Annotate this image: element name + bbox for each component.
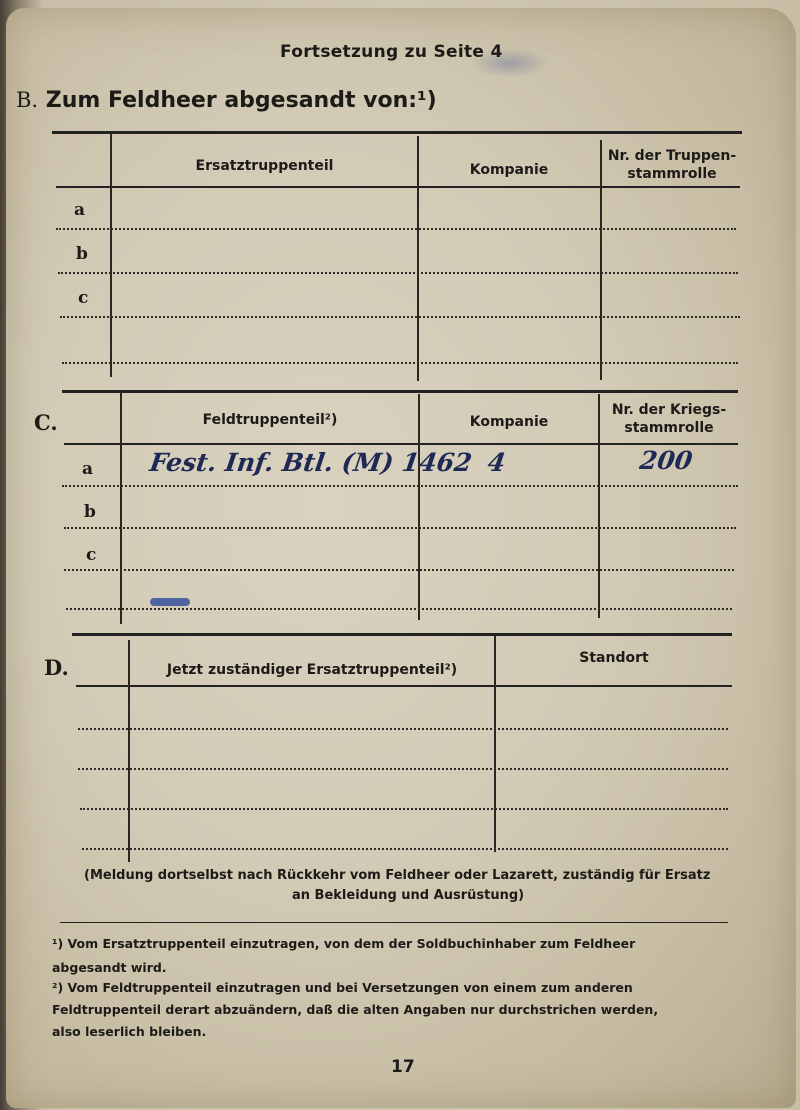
entry-line-a[interactable] — [56, 228, 736, 230]
section-d-letter: D. — [44, 655, 69, 680]
page-number: 17 — [391, 1057, 415, 1077]
table-header-rule — [76, 685, 732, 687]
ink-mark — [150, 598, 190, 606]
column-header-jetzt-zustaendiger-ersatztruppenteil: Jetzt zuständiger Ersatztruppenteil²) — [130, 662, 494, 679]
section-b-letter: B. — [16, 88, 38, 112]
column-header-kompanie: Kompanie — [419, 162, 599, 179]
row-label-a: a — [82, 459, 93, 479]
column-header-feldtruppenteil: Feldtruppenteil²) — [122, 412, 418, 429]
column-header-kompanie: Kompanie — [420, 414, 598, 431]
section-b-title: B. Zum Feldheer abgesandt von:¹) — [16, 88, 437, 113]
column-header-nr-line2: stammrolle — [602, 166, 742, 183]
footnote-rule — [60, 922, 728, 923]
entry-line-1[interactable] — [78, 728, 728, 730]
entry-line-4[interactable] — [82, 848, 728, 850]
column-header-ersatztruppenteil: Ersatztruppenteil — [112, 158, 417, 175]
footnote-1-line2: abgesandt wird. — [52, 960, 167, 975]
table-header-rule — [56, 186, 740, 188]
table-header-rule — [64, 443, 738, 445]
entry-line-c[interactable] — [64, 569, 734, 571]
section-d-note-line1: (Meldung dortselbst nach Rückkehr vom Fe… — [84, 868, 710, 883]
row-label-b: b — [76, 244, 88, 264]
handwritten-stammrolle-nr[interactable]: 200 — [638, 446, 694, 475]
table-top-rule — [62, 390, 738, 393]
section-c-letter: C. — [34, 410, 58, 435]
footnote-2-line3: also leserlich bleiben. — [52, 1024, 206, 1039]
row-label-a: a — [74, 200, 85, 220]
footnote-2-line1: ²) Vom Feldtruppenteil einzutragen und b… — [52, 980, 633, 995]
table-top-rule — [72, 633, 732, 636]
handwritten-feldtruppenteil[interactable]: Fest. Inf. Btl. (M) 1462 — [148, 448, 474, 477]
row-label-c: c — [86, 545, 96, 565]
column-header-standort: Standort — [496, 650, 732, 667]
footnote-1-line1: ¹) Vom Ersatztruppenteil einzutragen, vo… — [52, 936, 635, 951]
column-header-nr-line1: Nr. der Kriegs- — [600, 402, 738, 419]
entry-line-extra[interactable] — [66, 608, 732, 610]
column-divider — [494, 636, 496, 852]
entry-line-2[interactable] — [78, 768, 728, 770]
entry-line-b[interactable] — [64, 527, 736, 529]
entry-line-3[interactable] — [80, 808, 728, 810]
page-header-title: Fortsetzung zu Seite 4 — [280, 42, 503, 62]
row-label-c: c — [78, 288, 88, 308]
table-top-rule — [52, 131, 742, 134]
section-d-note-line2: an Bekleidung und Ausrüstung) — [292, 888, 524, 903]
row-label-b: b — [84, 502, 96, 522]
section-b-heading: Zum Feldheer abgesandt von:¹) — [46, 88, 437, 113]
column-header-nr-line1: Nr. der Truppen- — [602, 148, 742, 165]
footnote-2-line2: Feldtruppenteil derart abzuändern, daß d… — [52, 1002, 658, 1017]
entry-line-a[interactable] — [62, 485, 738, 487]
entry-line-b[interactable] — [58, 272, 738, 274]
entry-line-c[interactable] — [60, 316, 740, 318]
entry-line-extra[interactable] — [62, 362, 738, 364]
column-header-nr-line2: stammrolle — [600, 420, 738, 437]
